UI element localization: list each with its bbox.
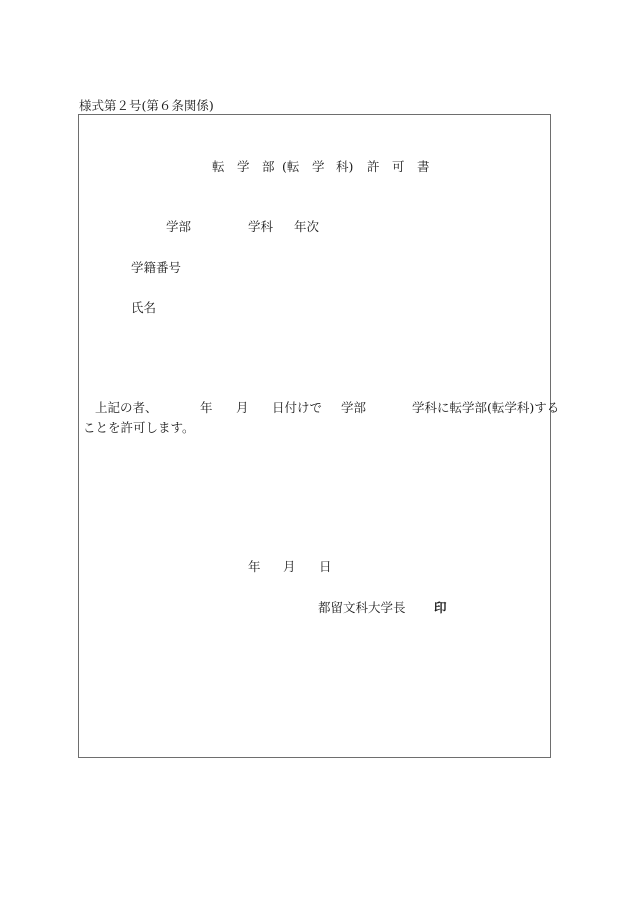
date-year: 年 (248, 557, 261, 575)
form-box (78, 114, 551, 758)
department-label: 学科 (248, 217, 273, 235)
title-char: 部 (262, 157, 275, 175)
date-month: 月 (283, 557, 296, 575)
student-id-label: 学籍番号 (131, 258, 181, 276)
seal-mark: 印 (434, 598, 447, 616)
title-char: 書 (417, 157, 430, 175)
title-char: (転 (282, 157, 299, 175)
title-char: 許 (367, 157, 380, 175)
issuer-name: 都留文科大学長 (318, 598, 406, 616)
title-char: 転 (212, 157, 225, 175)
title-char: 学 (237, 157, 250, 175)
title-char: 科) (336, 157, 353, 175)
title-char: 学 (312, 157, 325, 175)
statement-line2: ことを許可します。 (83, 418, 195, 436)
statement-department-suffix: 学科に転学部(転学科)する (412, 398, 559, 416)
statement-year: 年 (200, 398, 213, 416)
date-day: 日 (319, 557, 332, 575)
statement-month: 月 (236, 398, 249, 416)
statement-prefix: 上記の者、 (95, 398, 158, 416)
statement-day-suffix: 日付けで (272, 398, 322, 416)
statement-faculty: 学部 (341, 398, 366, 416)
faculty-label: 学部 (166, 217, 191, 235)
title-char: 可 (392, 157, 405, 175)
name-label: 氏名 (131, 298, 156, 316)
form-number: 様式第２号(第６条関係) (79, 96, 214, 114)
year-label: 年次 (294, 217, 319, 235)
